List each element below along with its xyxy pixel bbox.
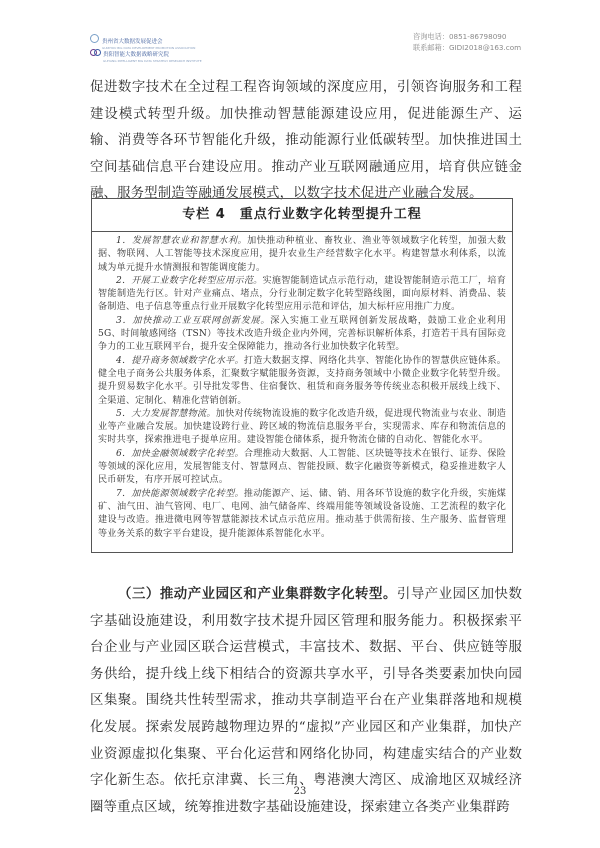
box-item-lead: 6．加快金融领域数字化转型。 — [116, 449, 244, 459]
contact-info: 咨询电话：0851-86798090 联系邮箱：GIDI2018@163.com — [413, 31, 521, 53]
logo-institute: 贵阳智能大数据战略研究院 GUIYANG INTELLIGENT BIG DAT… — [90, 46, 210, 57]
box-item: 7．加快能源领域数字化转型。推动能源产、运、储、销、用各环节设施的数字化升级，实… — [98, 488, 506, 541]
box-item: 2．开展工业数字化转型应用示范。实施智能制造试点示范行动，建设智能制造示范工厂，… — [98, 275, 506, 315]
box-item-lead: 1．发展智慧农业和智慧水利。 — [116, 236, 247, 246]
box-item: 5．大力发展智慧物流。加快对传统物流设施的数字化改造升级，促进现代物流业与农业、… — [98, 408, 506, 448]
intro-paragraph: 促进数字技术在全过程工程咨询领域的深度应用，引领咨询服务和工程建设模式转型升级。… — [90, 75, 522, 208]
page-number: 23 — [0, 786, 600, 797]
contact-email: 联系邮箱：GIDI2018@163.com — [413, 42, 521, 53]
logo-institute-name: 贵阳智能大数据战略研究院 — [103, 52, 169, 58]
box-item: 4．提升商务领域数字化水平。打造大数据支撑、网络化共享、智能化协作的智慧供应链体… — [98, 355, 506, 408]
box-item: 3．加快推动工业互联网创新发展。深入实施工业互联网创新发展战略，鼓励工业企业利用… — [98, 315, 506, 355]
organization-logos: 贵州省大数据发展促进会 GUIZHOU BIG DATA DEVELOPMENT… — [90, 33, 210, 59]
box-item-lead: 7．加快能源领域数字化转型。 — [116, 489, 244, 499]
box-item-lead: 5．大力发展智慧物流。 — [116, 409, 216, 419]
box-item-lead: 2．开展工业数字化转型应用示范。 — [116, 276, 263, 286]
section-heading: （三）推动产业园区和产业集群数字化转型。 — [118, 587, 397, 602]
section-text: 引导产业园区加快数字基础设施建设，利用数字技术提升园区管理和服务能力。积极探索平… — [90, 587, 522, 815]
box-item-lead: 3．加快推动工业互联网创新发展。 — [116, 316, 270, 326]
box-item: 1．发展智慧农业和智慧水利。加快推动种植业、畜牧业、渔业等领域数字化转型，加强大… — [98, 235, 506, 275]
feature-box: 专栏 4 重点行业数字化转型提升工程 1．发展智慧农业和智慧水利。加快推动种植业… — [91, 198, 513, 553]
contact-phone: 咨询电话：0851-86798090 — [413, 31, 521, 42]
link-logo-icon — [90, 48, 100, 56]
feature-box-body: 1．发展智慧农业和智慧水利。加快推动种植业、畜牧业、渔业等领域数字化转型，加强大… — [92, 232, 512, 541]
page-header: 贵州省大数据发展促进会 GUIZHOU BIG DATA DEVELOPMENT… — [0, 0, 600, 60]
feature-box-title: 专栏 4 重点行业数字化转型提升工程 — [92, 199, 512, 232]
globe-logo-icon — [90, 34, 99, 43]
box-item-lead: 4．提升商务领域数字化水平。 — [116, 356, 244, 366]
logo-institute-subtitle: GUIYANG INTELLIGENT BIG DATA STRATEGY RE… — [103, 60, 202, 63]
box-item: 6．加快金融领域数字化转型。合理推动大数据、人工智能、区块链等技术在银行、证券、… — [98, 448, 506, 488]
